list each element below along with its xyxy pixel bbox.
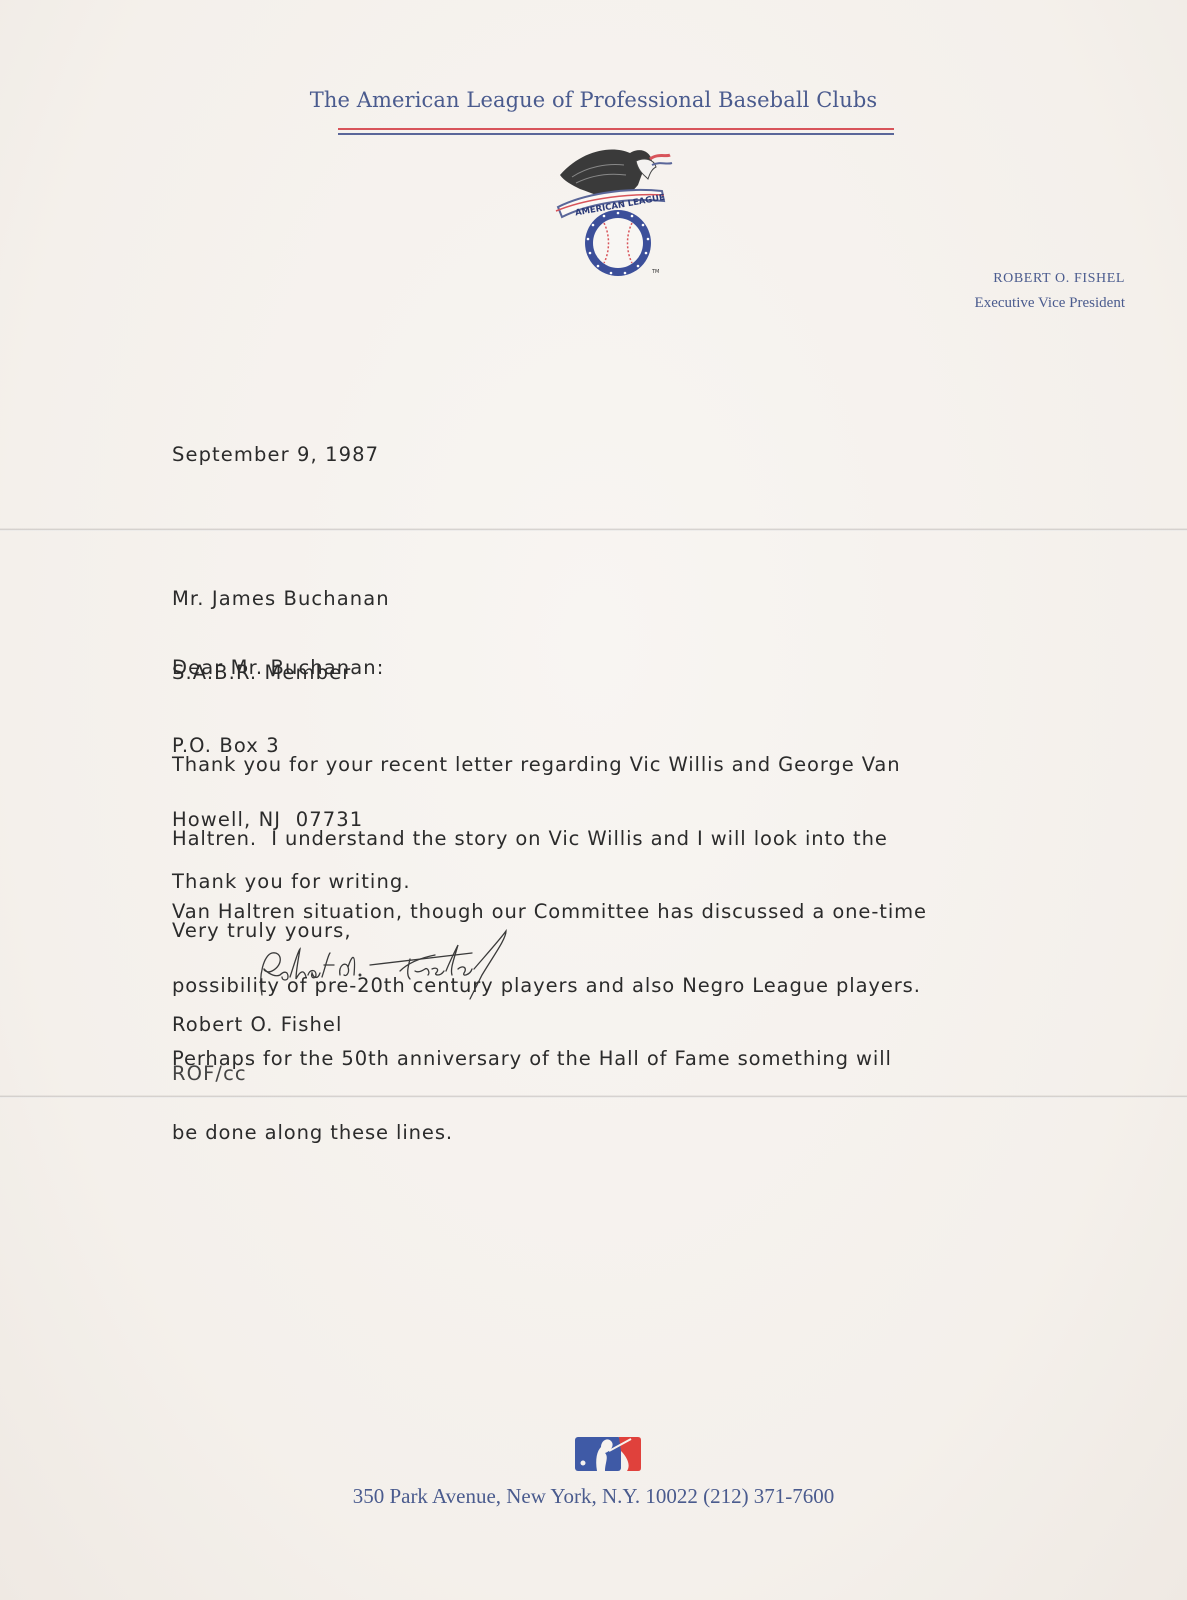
- sender-block: ROBERT O. FISHEL Executive Vice Presiden…: [975, 267, 1125, 315]
- footer-address: 350 Park Avenue, New York, N.Y. 10022 (2…: [0, 1484, 1187, 1509]
- body-line: Thank you for your recent letter regardi…: [172, 753, 927, 778]
- letter-date: September 9, 1987: [172, 443, 379, 468]
- letterhead-rule-blue: [338, 133, 894, 135]
- reference-initials: ROF/cc: [172, 1062, 247, 1087]
- american-league-eagle-logo-icon: AMERICAN LEAGUE TM: [552, 145, 682, 280]
- sender-title: Executive Vice President: [975, 291, 1125, 315]
- mlb-batter-logo-icon: [575, 1437, 641, 1471]
- organization-name: The American League of Professional Base…: [0, 88, 1187, 112]
- thanks-line: Thank you for writing.: [172, 870, 411, 895]
- handwritten-signature-icon: [250, 925, 540, 1015]
- body-line: Perhaps for the 50th anniversary of the …: [172, 1047, 927, 1072]
- paper-fold-line: [0, 528, 1187, 531]
- svg-text:TM: TM: [651, 269, 659, 275]
- salutation: Dear Mr. Buchanan:: [172, 656, 384, 681]
- body-line: be done along these lines.: [172, 1121, 927, 1146]
- signer-name: Robert O. Fishel: [172, 1013, 343, 1038]
- recipient-line: Mr. James Buchanan: [172, 587, 390, 612]
- body-line: Haltren. I understand the story on Vic W…: [172, 827, 927, 852]
- letterhead-rule-red: [338, 128, 894, 130]
- sender-name: ROBERT O. FISHEL: [975, 267, 1125, 291]
